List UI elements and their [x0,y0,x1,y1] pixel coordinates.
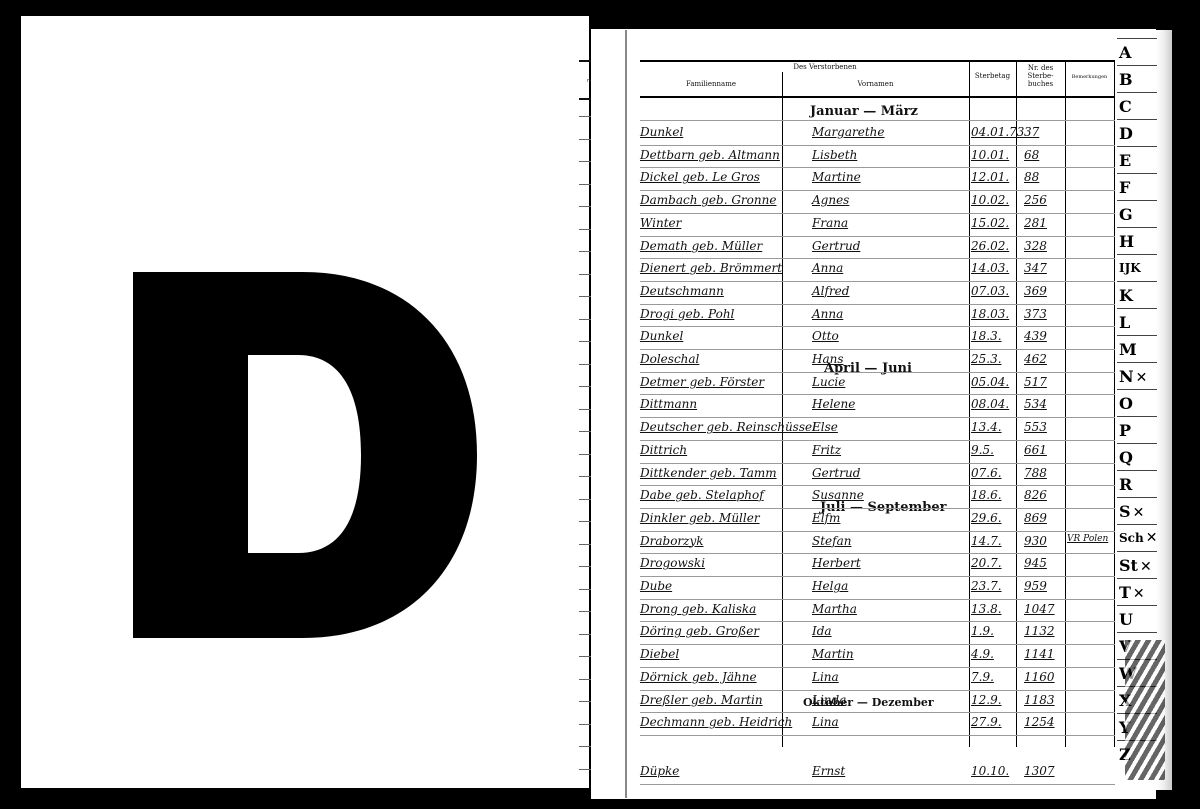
cell-nr: 373 [1024,307,1047,321]
row-rule [640,326,1115,327]
cell-nr: 439 [1024,329,1047,343]
row-rule [640,667,1115,668]
cell-sterbetag: 29.6. [971,511,1002,525]
cell-familienname: Döring geb. Großer [640,624,759,638]
alphabet-tab[interactable]: H [1117,227,1157,255]
row-rule [640,485,1115,486]
cell-vornamen: Martha [812,602,857,616]
cell-vornamen: Linda [812,693,846,707]
cell-sterbetag: 18.03. [971,307,1009,321]
tab-letter: P [1119,421,1131,440]
alphabet-tab[interactable]: Sch✕ [1117,524,1157,552]
cell-familienname: Dittkender geb. Tamm [640,466,777,480]
cell-sterbetag: 04.01.73 [971,125,1024,139]
cell-vornamen: Frana [812,216,848,230]
row-rule [640,621,1115,622]
alphabet-tab[interactable]: F [1117,173,1157,201]
alphabet-tab[interactable]: N✕ [1117,362,1157,390]
book-gutter [625,30,627,798]
header-nr-line2: Sterbe- [1016,72,1065,80]
cell-sterbetag: 20.7. [971,556,1002,570]
cell-familienname: Drong geb. Kaliska [640,602,756,616]
cell-vornamen: Margarethe [812,125,885,139]
cell-sterbetag: 05.04. [971,375,1009,389]
alphabet-tab[interactable]: C [1117,92,1157,120]
cell-familienname: Dechmann geb. Heidrich [640,715,792,729]
cell-nr: 1307 [1024,764,1055,778]
cell-familienname: Deutschmann [640,284,724,298]
row-rule [640,167,1115,168]
cell-nr: 462 [1024,352,1047,366]
quarter-heading: Januar — März [810,104,918,119]
cell-familienname: Düpke [640,764,679,778]
cell-vornamen: Gertrud [812,466,860,480]
cell-sterbetag: 07.03. [971,284,1009,298]
tab-letter: E [1119,151,1131,170]
tab-letter: L [1119,313,1130,332]
cell-vornamen: Stefan [812,534,851,548]
row-rule [640,258,1115,259]
tab-letter: A [1119,43,1131,62]
alphabet-tab[interactable]: T✕ [1117,578,1157,606]
cell-nr: 553 [1024,420,1047,434]
cell-sterbetag: 18.6. [971,488,1002,502]
cell-sterbetag: 08.04. [971,397,1009,411]
left-page-divider-card: ngen [21,16,589,788]
tab-letter: D [1119,124,1133,143]
tab-letter: F [1119,178,1130,197]
row-rule [640,349,1115,350]
alphabet-tab[interactable]: St✕ [1117,551,1157,579]
cell-vornamen: Alfred [812,284,849,298]
tab-letter: B [1119,70,1133,89]
cell-familienname: Dörnick geb. Jähne [640,670,757,684]
cell-vornamen: Gertrud [812,239,860,253]
cell-familienname: Winter [640,216,681,230]
cell-sterbetag: 12.9. [971,693,1002,707]
row-rule [640,531,1115,532]
alphabet-tab[interactable]: U [1117,605,1157,633]
cell-sterbetag: 10.01. [971,148,1009,162]
tab-letter: M [1119,340,1137,359]
cell-vornamen: Ernst [812,764,845,778]
cell-sterbetag: 07.6. [971,466,1002,480]
cell-nr: 347 [1024,261,1047,275]
row-rule [640,576,1115,577]
cell-vornamen: Herbert [812,556,861,570]
alphabet-tab[interactable]: S✕ [1117,497,1157,525]
cell-vornamen: Anna [812,261,843,275]
cell-familienname: Dabe geb. Stelaphof [640,488,764,502]
cell-nr: 1132 [1024,624,1055,638]
cell-familienname: Dienert geb. Brömmert [640,261,782,275]
cell-nr: 826 [1024,488,1047,502]
row-rule [640,213,1115,214]
cell-familienname: Demath geb. Müller [640,239,762,253]
strike-mark-icon: ✕ [1133,586,1145,602]
cell-nr: 88 [1024,170,1039,184]
cell-vornamen: Fritz [812,443,841,457]
cell-vornamen: Ida [812,624,832,638]
cell-sterbetag: 7.9. [971,670,994,684]
row-rule [640,644,1115,645]
strike-mark-icon: ✕ [1146,530,1158,546]
cell-sterbetag: 1.9. [971,624,994,638]
cell-nr: 281 [1024,216,1047,230]
cell-familienname: Draborzyk [640,534,704,548]
cell-nr: 959 [1024,579,1047,593]
cell-vornamen: Agnes [812,193,849,207]
cell-vornamen: Susanne [812,488,864,502]
row-rule [640,281,1115,282]
cell-familienname: Drogi geb. Pohl [640,307,734,321]
cell-familienname: Doleschal [640,352,699,366]
cell-nr: 788 [1024,466,1047,480]
alphabet-tab[interactable]: P [1117,416,1157,444]
alphabet-tab[interactable]: M [1117,335,1157,363]
row-rule [640,784,1115,785]
header-sterbetag: Sterbetag [969,72,1016,80]
cell-nr: 369 [1024,284,1047,298]
cell-nr: 1047 [1024,602,1055,616]
cell-familienname: Dube [640,579,672,593]
index-letter-d [133,272,477,638]
cell-sterbetag: 14.03. [971,261,1009,275]
tab-letter: T [1119,583,1131,602]
row-rule [640,417,1115,418]
cell-nr: 1141 [1024,647,1055,661]
cell-familienname: Dittmann [640,397,697,411]
cell-sterbetag: 15.02. [971,216,1009,230]
strike-mark-icon: ✕ [1136,370,1148,386]
header-nr-line3: buches [1016,80,1065,88]
cell-vornamen: Martine [812,170,861,184]
tab-letter: St [1119,556,1138,575]
row-rule [640,712,1115,713]
cell-vornamen: Helene [812,397,855,411]
row-rule [640,463,1115,464]
tab-letter: H [1119,232,1134,251]
tab-letter: K [1119,286,1133,305]
cell-nr: 930 [1024,534,1047,548]
cell-nr: 256 [1024,193,1047,207]
tab-letter: Sch [1119,531,1144,545]
cell-sterbetag: 12.01. [971,170,1009,184]
cell-sterbetag: 25.3. [971,352,1002,366]
cell-nr: 1160 [1024,670,1055,684]
cell-familienname: Dunkel [640,329,683,343]
alphabet-tab[interactable]: R [1117,470,1157,498]
header-bemerkungen: Bemerkungen [1065,73,1114,81]
cell-familienname: Dambach geb. Gronne [640,193,776,207]
row-rule [640,394,1115,395]
row-rule [640,599,1115,600]
cell-nr: 1183 [1024,693,1055,707]
cell-familienname: Deutscher geb. Reinschüssel [640,420,816,434]
row-rule [640,236,1115,237]
cell-nr: 534 [1024,397,1047,411]
cell-sterbetag: 13.8. [971,602,1002,616]
cell-vornamen: Lina [812,715,839,729]
cell-sterbetag: 26.02. [971,239,1009,253]
cell-sterbetag: 27.9. [971,715,1002,729]
row-rule [640,145,1115,146]
cell-familienname: Drogowski [640,556,705,570]
header-group-label: Des Verstorbenen [740,63,910,71]
cell-vornamen: Helga [812,579,848,593]
cell-vornamen: Anna [812,307,843,321]
cell-nr: 945 [1024,556,1047,570]
cell-vornamen: Else [812,420,838,434]
row-rule [640,508,1115,509]
cell-familienname: Diebel [640,647,679,661]
tab-letter: Q [1119,448,1133,467]
alphabet-tab[interactable]: O [1117,389,1157,417]
cell-sterbetag: 10.02. [971,193,1009,207]
tab-letter: N [1119,367,1134,386]
cell-sterbetag: 23.7. [971,579,1002,593]
strike-mark-icon: ✕ [1140,559,1152,575]
tab-letter: S [1119,502,1131,521]
header-vornamen: Vornamen [782,80,969,88]
cell-nr: 37 [1024,125,1039,139]
cell-vornamen: Otto [812,329,839,343]
cell-nr: 517 [1024,375,1047,389]
tab-letter: C [1119,97,1132,116]
cell-bemerkungen: VR Polen [1067,534,1108,544]
cell-familienname: Dreßler geb. Martin [640,693,763,707]
tab-letter: IJK [1119,261,1141,275]
cell-sterbetag: 18.3. [971,329,1002,343]
cell-vornamen: Lisbeth [812,148,857,162]
cell-sterbetag: 10.10. [971,764,1009,778]
cell-familienname: Dittrich [640,443,687,457]
cell-sterbetag: 9.5. [971,443,994,457]
row-rule [640,304,1115,305]
cell-nr: 661 [1024,443,1047,457]
cell-nr: 328 [1024,239,1047,253]
row-rule [640,690,1115,691]
alphabet-tab[interactable]: L [1117,308,1157,336]
row-rule [640,440,1115,441]
cell-familienname: Dettbarn geb. Altmann [640,148,780,162]
cell-vornamen: Lucie [812,375,845,389]
alphabet-tab[interactable]: E [1117,146,1157,174]
row-rule [640,735,1115,736]
tab-letter: O [1119,394,1133,413]
alphabet-tab[interactable]: A [1117,38,1157,66]
cell-familienname: Dinkler geb. Müller [640,511,760,525]
cell-vornamen: Martin [812,647,854,661]
cell-vornamen: Lina [812,670,839,684]
cell-familienname: Dunkel [640,125,683,139]
header-top-rule [640,60,1115,62]
cell-familienname: Dickel geb. Le Gros [640,170,760,184]
row-rule [640,553,1115,554]
row-rule [640,120,1115,121]
tab-letter: U [1119,610,1133,629]
cell-sterbetag: 13.4. [971,420,1002,434]
alphabet-tab[interactable]: B [1117,65,1157,93]
row-rule [640,372,1115,373]
tab-letter: G [1119,205,1133,224]
strike-mark-icon: ✕ [1133,505,1145,521]
header-bottom-rule [640,96,1115,98]
cell-nr: 68 [1024,148,1039,162]
row-rule [640,190,1115,191]
cell-familienname: Detmer geb. Förster [640,375,764,389]
alphabet-tab[interactable]: G [1117,200,1157,228]
header-familienname: Familienname [640,80,782,88]
alphabet-tab[interactable]: K [1117,281,1157,309]
cell-nr: 1254 [1024,715,1055,729]
cell-nr: 869 [1024,511,1047,525]
cell-vornamen: Elfm [812,511,840,525]
cell-vornamen: Hans [812,352,844,366]
cell-sterbetag: 14.7. [971,534,1002,548]
alphabet-tab[interactable]: Q [1117,443,1157,471]
tab-letter: R [1119,475,1132,494]
tab-strip-wear [1125,640,1165,780]
cell-sterbetag: 4.9. [971,647,994,661]
col-divider-familienname [782,72,783,747]
alphabet-tab[interactable]: IJK [1117,254,1157,282]
header-nr-line1: Nr. des [1016,64,1065,72]
alphabet-tab[interactable]: D [1117,119,1157,147]
